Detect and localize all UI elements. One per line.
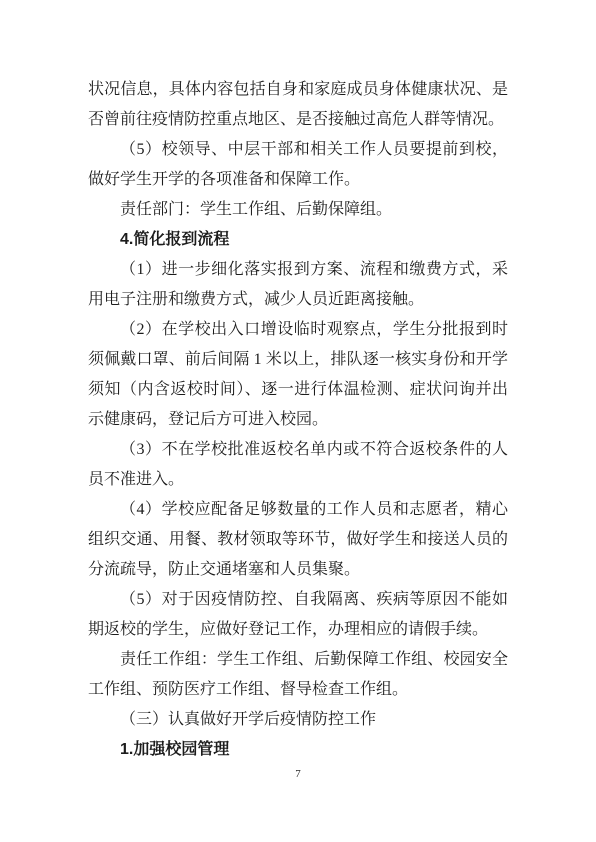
text-line: 工作组、预防医疗工作组、督导检查工作组。: [88, 675, 508, 705]
text-line: 分流疏导，防止交通堵塞和人员集聚。: [88, 555, 508, 585]
text-line: 状况信息，具体内容包括自身和家庭成员身体健康状况、是: [88, 75, 508, 105]
heading-line: （三）认真做好开学后疫情防控工作: [88, 705, 508, 735]
text-line: 须佩戴口罩、前后间隔 1 米以上，排队逐一核实身份和开学: [88, 345, 508, 375]
text-line: （3）不在学校批准返校名单内或不符合返校条件的人: [88, 435, 508, 465]
heading-line: 4.简化报到流程: [88, 225, 508, 255]
text-line: （1）进一步细化落实报到方案、流程和缴费方式，采: [88, 255, 508, 285]
text-line: 示健康码，登记后方可进入校园。: [88, 405, 508, 435]
text-line: （4）学校应配备足够数量的工作人员和志愿者，精心: [88, 495, 508, 525]
text-line: 用电子注册和缴费方式，减少人员近距离接触。: [88, 285, 508, 315]
text-line: 责任工作组：学生工作组、后勤保障工作组、校园安全: [88, 645, 508, 675]
text-line: 否曾前往疫情防控重点地区、是否接触过高危人群等情况。: [88, 105, 508, 135]
text-line: （5）校领导、中层干部和相关工作人员要提前到校，: [88, 135, 508, 165]
text-line: 须知（内含返校时间）、逐一进行体温检测、症状问询并出: [88, 375, 508, 405]
text-line: （5）对于因疫情防控、自我隔离、疾病等原因不能如: [88, 585, 508, 615]
document-body: 状况信息，具体内容包括自身和家庭成员身体健康状况、是否曾前往疫情防控重点地区、是…: [88, 75, 508, 765]
text-line: 做好学生开学的各项准备和保障工作。: [88, 165, 508, 195]
text-line: 期返校的学生，应做好登记工作，办理相应的请假手续。: [88, 615, 508, 645]
text-line: 组织交通、用餐、教材领取等环节，做好学生和接送人员的: [88, 525, 508, 555]
heading-line: 1.加强校园管理: [88, 735, 508, 765]
text-line: （2）在学校出入口增设临时观察点，学生分批报到时: [88, 315, 508, 345]
text-line: 责任部门：学生工作组、后勤保障组。: [88, 195, 508, 225]
text-line: 员不准进入。: [88, 465, 508, 495]
page-number: 7: [0, 764, 596, 784]
document-page: 状况信息，具体内容包括自身和家庭成员身体健康状况、是否曾前往疫情防控重点地区、是…: [0, 0, 596, 842]
